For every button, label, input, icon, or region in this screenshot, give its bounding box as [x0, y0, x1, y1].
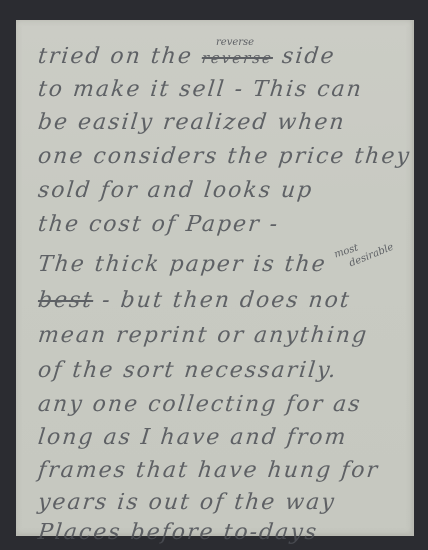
- text-line-4: one considers the price they: [37, 144, 412, 169]
- text-line-6: the cost of Paper -: [37, 212, 281, 237]
- struck-word-reverse: reverse: [201, 49, 274, 67]
- text-line-15: Places before to-days: [37, 520, 320, 545]
- text-line-8: best - but then does not: [37, 288, 352, 313]
- text-line-3: be easily realized when: [37, 110, 347, 135]
- text-line-10: of the sort necessarily.: [37, 358, 339, 383]
- text-line-13: frames that have hung for: [37, 458, 381, 483]
- struck-word-best: best: [37, 288, 95, 313]
- line-8-rest: - but then does not: [101, 288, 352, 313]
- letter-page: reverse tried on the reverse side to mak…: [16, 20, 414, 536]
- text-line-7: The thick paper is the: [37, 252, 328, 277]
- text-line-9: mean reprint or anything: [37, 323, 370, 348]
- text-line-1: tried on the reverse side: [37, 44, 337, 69]
- scan-frame: reverse tried on the reverse side to mak…: [0, 0, 428, 550]
- text-line-11: any one collecting for as: [37, 392, 363, 417]
- text-line-14: years is out of the way: [37, 490, 337, 515]
- line-1-prefix: tried on the: [37, 44, 195, 69]
- text-line-2: to make it sell - This can: [37, 77, 364, 102]
- line-1-suffix: side: [281, 44, 337, 69]
- text-line-5: sold for and looks up: [37, 178, 315, 203]
- text-line-12: long as I have and from: [37, 425, 349, 450]
